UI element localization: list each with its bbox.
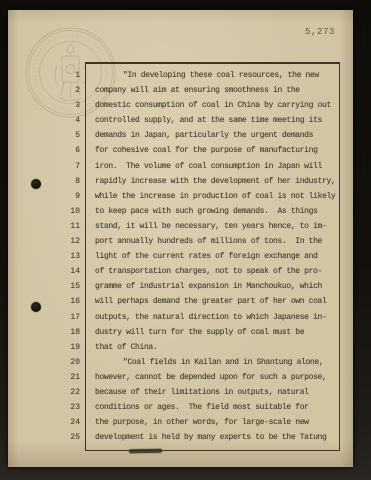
line-number: 10 xyxy=(44,204,80,219)
typed-line: for cohesive coal for the purpose of man… xyxy=(95,143,341,158)
line-number: 4 xyxy=(44,113,80,128)
typed-line: while the increase in production of coal… xyxy=(95,189,341,204)
typed-line: outputs, the natural direction to which … xyxy=(95,310,341,325)
line-number: 7 xyxy=(44,159,80,174)
typed-line: stand, it will be necessary, ten years h… xyxy=(95,219,341,234)
paper-page: 5,273 1234567891011121314151617181920212… xyxy=(8,10,353,467)
line-number: 16 xyxy=(44,294,80,309)
line-number: 23 xyxy=(44,400,80,415)
typed-line: will perhaps demand the greater part of … xyxy=(95,294,341,309)
typed-line: development is held by many experts to b… xyxy=(95,430,341,445)
line-number: 19 xyxy=(44,340,80,355)
line-number: 11 xyxy=(44,219,80,234)
typed-line: domestic consumption of coal in China by… xyxy=(95,98,341,113)
typed-line: of transportation charges, not to speak … xyxy=(95,264,341,279)
line-number: 9 xyxy=(44,189,80,204)
typed-line: dustry will turn for the supply of coal … xyxy=(95,325,341,340)
line-number: 3 xyxy=(44,98,80,113)
line-number: 6 xyxy=(44,143,80,158)
line-number: 5 xyxy=(44,128,80,143)
line-number: 20 xyxy=(44,355,80,370)
typed-line: rapidly increase with the development of… xyxy=(95,174,341,189)
typed-line: however, cannot be depended upon for suc… xyxy=(95,370,341,385)
line-number: 24 xyxy=(44,415,80,430)
line-number: 2 xyxy=(44,83,80,98)
typed-line: that of China. xyxy=(95,340,341,355)
line-number: 13 xyxy=(44,249,80,264)
typed-line: controlled supply, and at the same time … xyxy=(95,113,341,128)
line-number: 17 xyxy=(44,310,80,325)
typed-line: "Coal fields in Kailan and in Shantung a… xyxy=(95,355,341,370)
line-number: 1 xyxy=(44,68,80,83)
typed-line: light of the current rates of foreign ex… xyxy=(95,249,341,264)
line-number: 22 xyxy=(44,385,80,400)
typed-line: the purpose, in other words, for large-s… xyxy=(95,415,341,430)
typed-text-column: "In developing these coal resources, the… xyxy=(95,68,341,445)
typed-line: company will aim at ensuring smoothness … xyxy=(95,83,341,98)
typed-line: iron. The volume of coal consumption in … xyxy=(95,159,341,174)
line-number: 18 xyxy=(44,325,80,340)
line-number: 15 xyxy=(44,279,80,294)
hole-punch-icon xyxy=(31,302,41,312)
typed-line: demands in Japan, particularly the urgen… xyxy=(95,128,341,143)
typed-line: port annually hundreds of millions of to… xyxy=(95,234,341,249)
ink-smudge xyxy=(129,448,162,453)
typed-line: to keep pace with such growing demands. … xyxy=(95,204,341,219)
scan-frame: 5,273 1234567891011121314151617181920212… xyxy=(0,0,371,480)
page-number: 5,273 xyxy=(305,27,335,37)
typed-line: because of their limitations in outputs,… xyxy=(95,385,341,400)
line-number: 8 xyxy=(44,174,80,189)
line-number: 25 xyxy=(44,430,80,445)
typed-line: "In developing these coal resources, the… xyxy=(95,68,341,83)
line-number-column: 1234567891011121314151617181920212223242… xyxy=(44,68,80,445)
hole-punch-icon xyxy=(31,179,41,189)
typed-line: gramme of industrial expansion in Mancho… xyxy=(95,279,341,294)
line-number: 14 xyxy=(44,264,80,279)
typed-line: conditions or ages. The field most suita… xyxy=(95,400,341,415)
line-number: 12 xyxy=(44,234,80,249)
line-number: 21 xyxy=(44,370,80,385)
